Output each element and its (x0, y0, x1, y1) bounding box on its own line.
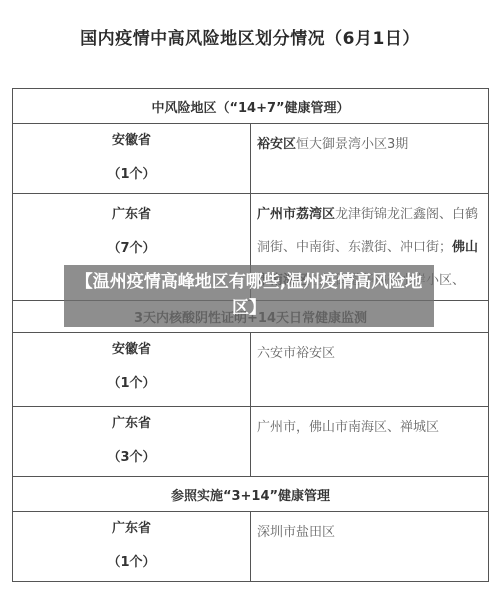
section-header-row: 中风险地区（“14+7”健康管理） (13, 89, 489, 124)
province-name: 广东省 (13, 198, 250, 232)
province-cell: 安徽省 （1个） (13, 124, 251, 194)
province-name: 安徽省 (13, 124, 250, 158)
province-cell: 广东省 （3个） (13, 407, 251, 477)
caption-overlay: 【温州疫情高峰地区有哪些,温州疫情高风险地区】 (64, 265, 434, 327)
table-row: 安徽省 （1个） 裕安区恒大御景湾小区3期 (13, 124, 489, 194)
province-cell: 安徽省 （1个） (13, 333, 251, 407)
province-count: （1个） (13, 546, 250, 580)
province-name: 广东省 (13, 407, 250, 441)
province-cell: 广东省 （1个） (13, 512, 251, 582)
province-count: （3个） (13, 441, 250, 475)
district-name: 裕安区 (257, 137, 296, 152)
area-detail: 广州市，佛山市南海区、禅城区 (251, 407, 489, 477)
risk-area-table: 中风险地区（“14+7”健康管理） 安徽省 （1个） 裕安区恒大御景湾小区3期 … (12, 88, 489, 582)
area-text: 恒大御景湾小区3期 (296, 137, 408, 152)
province-name: 广东省 (13, 512, 250, 546)
section-header-row: 参照实施“3+14”健康管理 (13, 477, 489, 512)
table-row: 广东省 （1个） 深圳市盐田区 (13, 512, 489, 582)
section-header-3plus14: 参照实施“3+14”健康管理 (13, 477, 489, 512)
area-detail: 深圳市盐田区 (251, 512, 489, 582)
table-row: 广东省 （3个） 广州市，佛山市南海区、禅城区 (13, 407, 489, 477)
province-count: （7个） (13, 232, 250, 266)
area-detail: 六安市裕安区 (251, 333, 489, 407)
province-name: 安徽省 (13, 333, 250, 367)
area-detail: 裕安区恒大御景湾小区3期 (251, 124, 489, 194)
table-row: 安徽省 （1个） 六安市裕安区 (13, 333, 489, 407)
province-count: （1个） (13, 158, 250, 192)
section-header-medium-risk: 中风险地区（“14+7”健康管理） (13, 89, 489, 124)
province-count: （1个） (13, 367, 250, 401)
page-title: 国内疫情中高风险地区划分情况（6月1日） (0, 24, 500, 49)
district-name: 广州市荔湾区 (257, 207, 335, 222)
